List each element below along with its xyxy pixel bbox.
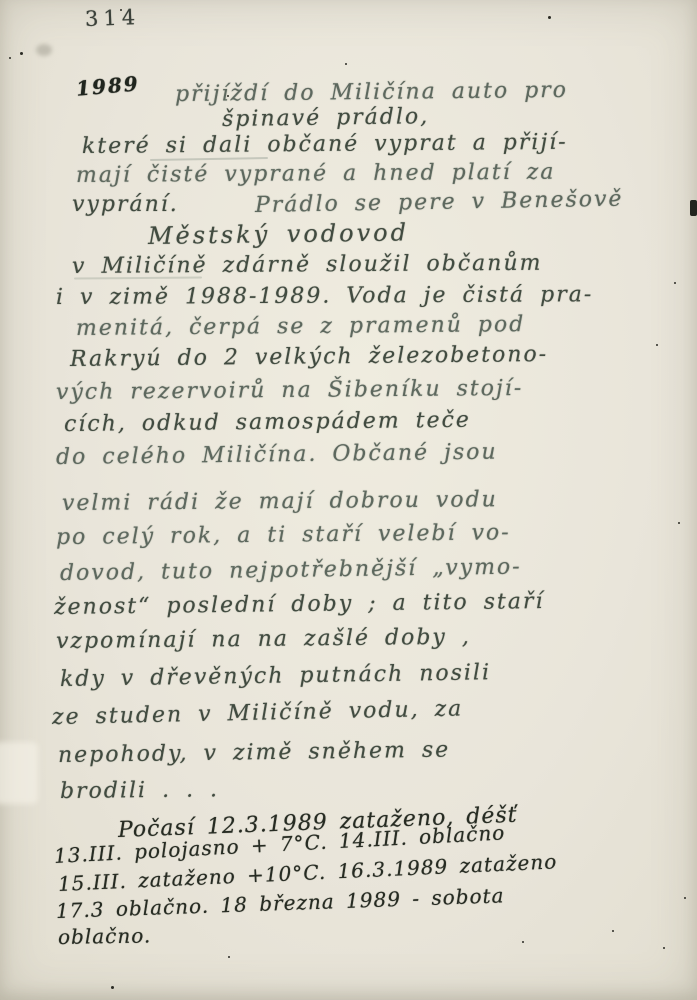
handwritten-line: špinavé prádlo, <box>222 106 430 131</box>
ink-speck <box>663 947 665 949</box>
margin-year-label: 1989 <box>75 71 141 100</box>
handwritten-line: nepohody, v zimě sněhem se <box>58 740 451 767</box>
handwritten-line: které si dali občané vyprat a přijí- <box>82 132 568 158</box>
handwritten-line: vzpomínají na na zašlé doby , <box>56 627 471 653</box>
ink-speck <box>674 282 676 284</box>
light-scan-patch <box>0 742 38 804</box>
handwritten-line: mají čisté vyprané a hned platí za <box>76 162 556 187</box>
handwritten-line: menitá, čerpá se z pramenů pod <box>76 314 525 340</box>
faint-underline <box>74 276 202 279</box>
ink-speck <box>228 956 230 958</box>
ink-speck <box>345 63 347 65</box>
ink-speck <box>9 57 11 59</box>
handwritten-line: vých rezervoirů na Šibeníku stojí- <box>56 378 523 404</box>
ink-speck <box>684 897 686 899</box>
handwritten-line: vyprání. <box>72 194 179 216</box>
ink-speck <box>20 52 23 55</box>
handwritten-line: dovod, tuto nejpotřebnější „vymo- <box>60 557 522 585</box>
ink-speck <box>656 344 658 346</box>
handwritten-line: i v zimě 1988-1989. Voda je čistá pra- <box>56 284 593 309</box>
handwritten-line: po celý rok, a ti staří velebí vo- <box>56 522 511 549</box>
handwritten-line: v Miličíně zdárně sloužil občanům <box>72 253 543 278</box>
ink-speck <box>120 9 122 11</box>
grey-smudge <box>36 44 52 56</box>
handwritten-line: brodili . . . <box>60 779 219 803</box>
chronicle-scanned-page: 314 1989 přijíždí do Miličína auto pro š… <box>0 0 697 1000</box>
ink-speck <box>612 930 614 932</box>
handwritten-line: kdy v dřevěných putnách nosili <box>60 662 491 691</box>
handwritten-line: Prádlo se pere v Benešově <box>255 189 624 217</box>
page-number: 314 <box>85 5 141 31</box>
handwritten-line: ze studen v Miličíně vodu, za <box>52 698 464 729</box>
handwritten-line: Rakryú do 2 velkých železobetono- <box>70 344 548 371</box>
handwritten-line: cích, odkud samospádem teče <box>64 410 471 436</box>
handwritten-line: přijíždí do Miličína auto pro <box>175 80 568 106</box>
ink-speck <box>678 522 680 524</box>
weather-line: oblačno. <box>58 925 152 947</box>
handwritten-line: do celého Miličína. Občané jsou <box>56 442 498 469</box>
handwritten-line: ženost“ poslední doby ; a tito staří <box>54 591 545 619</box>
section-heading-vodovod: Městský vodovod <box>148 220 409 248</box>
ink-speck <box>111 986 114 989</box>
handwritten-line: velmi rádi že mají dobrou vodu <box>62 489 498 515</box>
ink-speck <box>548 16 551 19</box>
edge-ink-mark <box>690 200 697 216</box>
ink-speck <box>522 941 524 943</box>
ink-speck <box>227 95 229 97</box>
